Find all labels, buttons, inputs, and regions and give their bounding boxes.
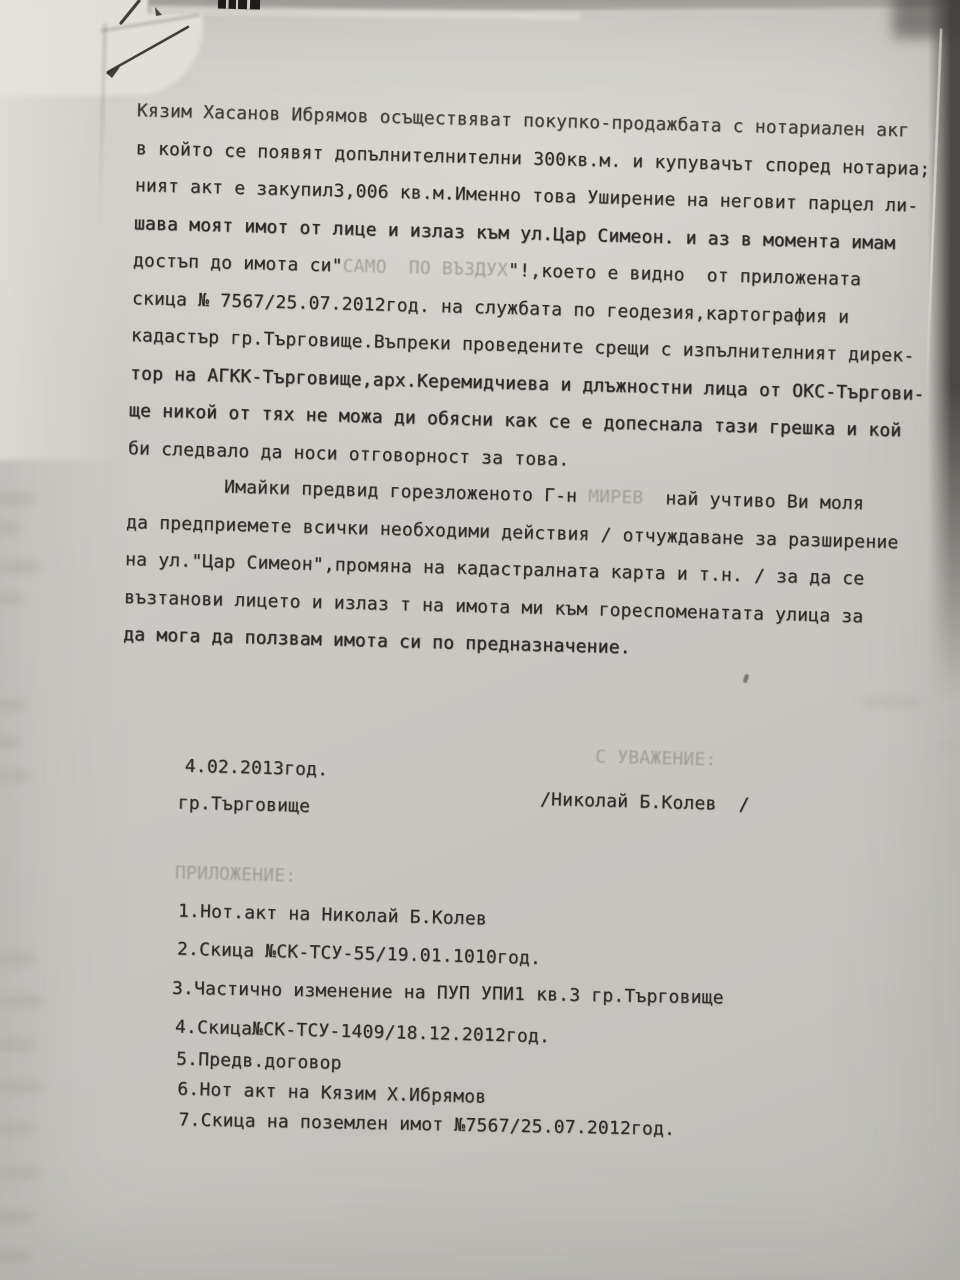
bleed-through-artifact: [0, 1080, 44, 1094]
date-line: 4.02.2013год.: [184, 752, 328, 786]
bleed-through-artifact: [0, 522, 22, 534]
typed-page: Кязим Хасанов Ибрямов осъществяват покуп…: [100, 70, 960, 1254]
bleed-through-artifact: [0, 1210, 36, 1224]
document-photo: Кязим Хасанов Ибрямов осъществяват покуп…: [0, 0, 960, 1280]
paragraph-request: Имайки предвид горезложеното Г-н МИРЕВ н…: [123, 466, 900, 674]
typed-segment: достъп до имота си": [133, 250, 343, 276]
city-line: гр.Търговище: [177, 789, 310, 822]
bleed-through-artifact: [0, 736, 20, 748]
barcode-mark: [218, 0, 260, 10]
bleed-through-artifact: [0, 1166, 42, 1180]
pen-slash-mark: [121, 1, 139, 23]
bleed-through-artifact: [0, 492, 36, 506]
bleed-through-artifact: [0, 1038, 36, 1052]
bleed-through-artifact: [0, 592, 24, 604]
bleed-through-artifact: [0, 1250, 32, 1262]
bleed-through-artifact: [0, 560, 42, 574]
paragraph-main: Кязим Хасанов Ибрямов осъществяват покуп…: [128, 92, 932, 488]
signature-line: /Николай Б.Колев /: [540, 785, 750, 820]
attachment-item: 7.Скица на поземлен имот №7567/25.07.201…: [178, 1105, 675, 1145]
attachment-item: 1.Нот.акт на Николай Б.Колев: [178, 897, 488, 935]
bleed-through-artifact: [0, 994, 44, 1008]
typed-segment: "!,което е видно от приложената: [508, 260, 862, 290]
bleed-through-artifact: [0, 1122, 36, 1136]
typed-segment-faded: МИРЕВ: [588, 486, 644, 508]
typed-segment: Имайки предвид горезложеното Г-н: [224, 477, 589, 508]
attachment-item: 5.Предв.договор: [176, 1045, 342, 1079]
typed-segment: най учтиво Ви моля: [643, 488, 864, 515]
bleed-through-artifact: [0, 952, 36, 966]
bleed-through-artifact: [0, 770, 30, 782]
bleed-through-artifact: [0, 700, 26, 712]
attachment-item: 2.Скица №СК-ТСУ-55/19.01.1010год.: [177, 935, 542, 975]
typed-segment-faded: САМО ПО ВЪЗДУХ: [342, 256, 508, 281]
pen-tick-mark: [155, 7, 162, 16]
attachments-heading: ПРИЛОЖЕНИЕ:: [175, 858, 297, 891]
right-edge-shadow: [893, 0, 960, 38]
salutation-line: С УВАЖЕНИЕ:: [595, 742, 717, 775]
attachment-item: 3.Частично изменение на ПУП УПИ1 кв.3 гр…: [172, 974, 724, 1014]
